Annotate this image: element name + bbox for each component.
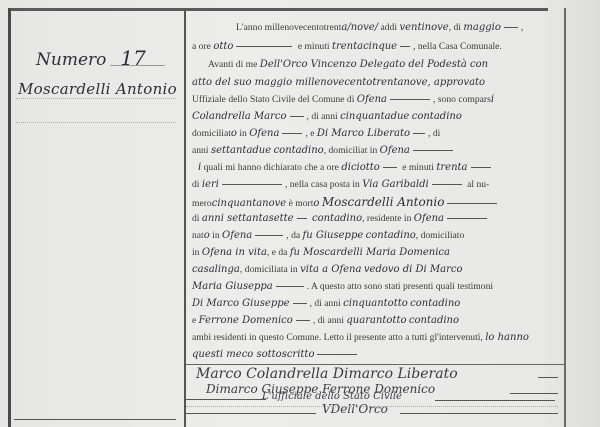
blank-line: [432, 184, 462, 185]
printed-text: ,: [521, 22, 523, 33]
handwritten-suffix: i: [198, 162, 201, 173]
printed-text: in: [370, 145, 377, 156]
printed-text: , di anni: [310, 298, 341, 309]
civil-registry-death-record: Numero17 Moscardelli Antonio L'anno mill…: [0, 0, 600, 427]
blank-line: [255, 235, 283, 236]
printed-text: , da: [286, 230, 300, 241]
blank-line: [447, 203, 497, 204]
handwritten-occupation: contadino: [409, 315, 459, 326]
blank-line: [296, 320, 310, 321]
printed-text: e: [192, 315, 196, 326]
body-line-11: merocinquantanove è morto Moscardelli An…: [192, 196, 558, 210]
printed-text: a ore: [192, 41, 211, 52]
printed-text: , di: [449, 22, 461, 33]
handwritten-age: cinquantadue: [340, 111, 409, 122]
body-line-16: Maria Giuseppa. A questo atto sono stati…: [192, 281, 558, 293]
printed-text: al nu-: [467, 179, 489, 190]
printed-text: , domiciliato: [416, 230, 465, 241]
record-number: 17: [120, 46, 145, 70]
body-line-19: ambi residenti in questo Comune. Letto i…: [192, 332, 558, 344]
handwritten-house-number: cinquantanove: [212, 198, 287, 209]
printed-text: mero: [192, 198, 212, 209]
blank-line: [293, 303, 307, 304]
printed-text: L'anno millenovecentotrent: [236, 22, 341, 33]
printed-text: ambi residenti in questo Comune. Letto i…: [192, 332, 483, 343]
printed-text: , nella Casa Comunale.: [413, 41, 502, 52]
handwritten-hour: otto: [213, 41, 233, 52]
body-line-13: nato in Ofena, da fu Giuseppe contadino,…: [192, 230, 558, 242]
blank-line: [290, 116, 304, 117]
body-line-8: anni settantadue contadino, domiciliat i…: [192, 145, 558, 157]
handwritten-age: quarantotto: [346, 315, 406, 326]
body-line-15: casalinga, domiciliata in vita a Ofena v…: [192, 264, 558, 276]
handwritten-witness-2: Ferrone Domenico: [199, 315, 293, 326]
number-underline: [110, 65, 165, 66]
body-line-6: Colandrella Marco, di anni cinquantadue …: [192, 111, 558, 123]
handwritten-occupation: contadino: [412, 111, 462, 122]
handwritten-suffix: i: [491, 94, 494, 105]
handwritten-place: Ofena: [380, 145, 410, 156]
blank-line: [390, 99, 430, 100]
margin-deceased-name: Moscardelli Antonio: [18, 80, 177, 98]
printed-text: di: [192, 213, 199, 224]
handwritten-place: vita a Ofena: [300, 264, 361, 275]
blank-line: [383, 167, 397, 168]
body-line-1: L'anno millenovecentotrenta/nove/ addì v…: [236, 22, 600, 34]
blank-line: [471, 167, 491, 168]
printed-text: . A questo atto sono stati presenti qual…: [307, 281, 493, 292]
body-line-14: in Ofena in vita, e da fu Moscardelli Ma…: [192, 247, 558, 259]
printed-text: , domiciliat: [324, 145, 368, 156]
blank-line: [222, 184, 282, 185]
handwritten-place: Ofena in vita: [202, 247, 267, 258]
body-line-2: a ore otto e minuti trentacinque, nella …: [192, 41, 558, 53]
body-line-9: i quali mi hanno dichiarato che a ore di…: [198, 162, 564, 174]
signature-officer-title: L'ufficiale dello Stato Civile: [262, 391, 402, 402]
numero-label: Numero: [36, 50, 106, 70]
printed-text: nat: [192, 230, 204, 241]
margin-dotted-line: [16, 122, 176, 123]
signature-line: [400, 413, 558, 414]
printed-text: di: [192, 179, 199, 190]
handwritten-day: ventinove: [399, 22, 448, 33]
blank-line: [236, 46, 292, 47]
printed-text: in: [192, 247, 199, 258]
handwritten-spouse-name: Maria Giuseppa: [192, 281, 273, 292]
handwritten-place: Ofena: [414, 213, 444, 224]
body-line-18: e Ferrone Domenico, di anni quarantotto …: [192, 315, 558, 327]
body-line-12: di anni settantasette contadino, residen…: [192, 213, 558, 225]
handwritten-occupation: casalinga: [192, 264, 240, 275]
printed-text: , domiciliata in: [240, 264, 298, 275]
printed-text: , nella casa posta in: [285, 179, 360, 190]
printed-text: Uffiziale dello Stato Civile del Comune …: [192, 94, 354, 105]
handwritten-minutes: trentacinque: [332, 41, 397, 52]
printed-text: , e: [305, 128, 314, 139]
handwritten-occupation: contadino: [366, 230, 416, 241]
body-line-5: Uffiziale dello Stato Civile del Comune …: [192, 94, 558, 106]
handwritten-age: anni settantasette: [202, 213, 294, 224]
blank-line: [297, 218, 307, 219]
body-line-20: questi meco sottoscritto: [192, 349, 558, 361]
handwritten-day: ieri: [202, 179, 219, 190]
printed-text: è mort: [289, 198, 314, 209]
handwritten-occupation: contadino: [312, 213, 362, 224]
printed-text: e minuti: [298, 41, 330, 52]
signature-officer: VDell'Orco: [322, 402, 388, 416]
margin-bottom-rule: [14, 419, 176, 420]
handwritten-mother: fu Moscardelli Maria Domenica: [290, 247, 450, 258]
body-line-17: Di Marco Giuseppe, di anni cinquantotto …: [192, 298, 558, 310]
handwritten-age: settantadue: [211, 145, 271, 156]
printed-text: in: [212, 230, 219, 241]
signature-line: [186, 399, 266, 400]
handwritten-comune: Ofena: [357, 94, 387, 105]
handwritten-place: Ofena: [249, 128, 279, 139]
printed-text: , di: [428, 128, 440, 139]
printed-text: , di anni: [307, 111, 338, 122]
body-line-10: di ieri, nella casa posta in Via Garibal…: [192, 179, 558, 191]
handwritten-authorization: atto del suo maggio millenovecentotrenta…: [192, 77, 485, 88]
handwritten-closing: questi meco sottoscritto: [192, 349, 314, 360]
printed-text: , e da: [267, 247, 288, 258]
handwritten-closing: lo hanno: [485, 332, 529, 343]
blank-line: [276, 286, 304, 287]
blank-line: [400, 46, 410, 47]
handwritten-birthplace: Ofena: [222, 230, 252, 241]
body-line-7: domiciliato in Ofena, e Di Marco Liberat…: [192, 128, 558, 140]
signature-declarants: Marco Colandrella Dimarco Liberato: [196, 366, 458, 382]
printed-text: anni: [192, 145, 209, 156]
handwritten-declarant-1: Colandrella Marco: [192, 111, 287, 122]
handwritten-occupation: contadino: [274, 145, 324, 156]
handwritten-declarant-2: Di Marco Liberato: [317, 128, 410, 139]
handwritten-year: a/nove/: [341, 22, 378, 33]
handwritten-occupation: contadino: [410, 298, 460, 309]
handwritten-age: cinquantotto: [343, 298, 408, 309]
record-number-label: Numero17: [36, 46, 146, 70]
handwritten-suffix: o: [231, 128, 237, 139]
left-border-rule: [8, 8, 11, 427]
blank-line: [413, 150, 453, 151]
blank-line: [447, 218, 487, 219]
body-line-3: Avanti di me Dell'Orco Vincenzo Delegato…: [208, 59, 574, 71]
blank-line: [504, 27, 518, 28]
signature-line: [435, 400, 555, 401]
dotted-line: [186, 406, 558, 407]
handwritten-address: Via Garibaldi: [362, 179, 428, 190]
printed-text: , sono compars: [433, 94, 491, 105]
printed-text: domiciliat: [192, 128, 231, 139]
blank-line: [413, 133, 425, 134]
printed-text: , residente in: [362, 213, 411, 224]
printed-text: e minuti: [402, 162, 434, 173]
signature-line: [510, 393, 558, 394]
printed-text: addì: [381, 22, 398, 33]
signature-line: [538, 377, 558, 378]
top-border-rule: [8, 8, 548, 11]
printed-text: , di anni: [313, 315, 344, 326]
signature-line: [186, 413, 316, 414]
handwritten-deceased-name: Moscardelli Antonio: [322, 195, 445, 209]
body-line-4: atto del suo maggio millenovecentotrenta…: [192, 77, 558, 89]
handwritten-witness-1: Di Marco Giuseppe: [192, 298, 290, 309]
handwritten-month: maggio: [463, 22, 500, 33]
printed-text: in: [239, 128, 246, 139]
handwritten-hour: diciotto: [341, 162, 379, 173]
handwritten-minutes: trenta: [436, 162, 467, 173]
printed-text: quali mi hanno dichiarato che a ore: [204, 162, 339, 173]
margin-dotted-line: [16, 98, 176, 99]
handwritten-father: fu Giuseppe: [303, 230, 364, 241]
signature-separator: [186, 364, 564, 365]
blank-line: [317, 354, 357, 355]
blank-line: [282, 133, 302, 134]
handwritten-official: Dell'Orco Vincenzo Delegato del Podestà …: [260, 59, 488, 70]
printed-text: Avanti di me: [208, 59, 257, 70]
handwritten-spouse-note: vedovo di Di Marco: [364, 264, 463, 275]
